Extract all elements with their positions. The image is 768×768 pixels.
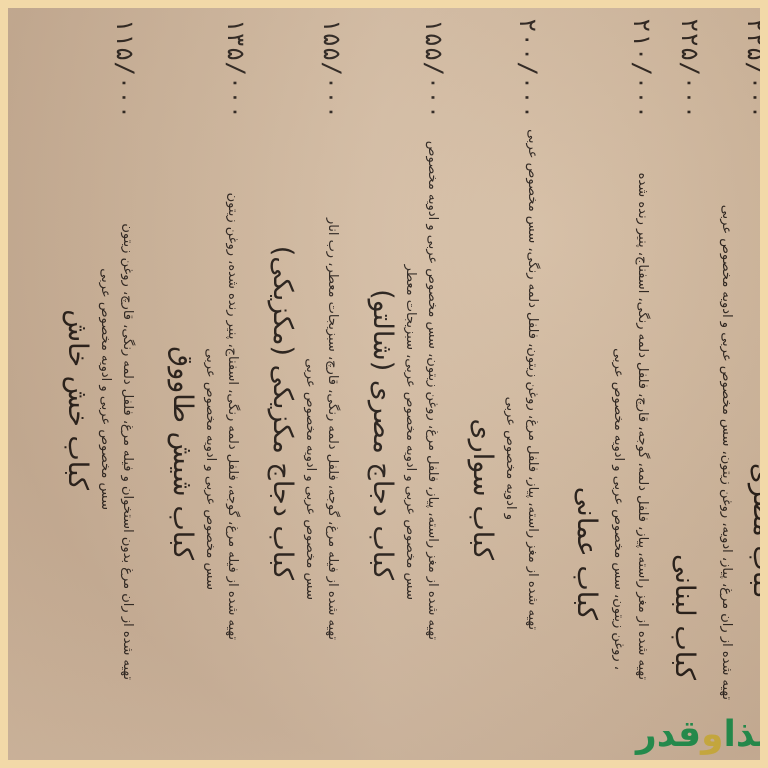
logo-part: و xyxy=(701,714,723,755)
menu-item: تهیه شده از ران مرغ بدون استخوان و فیله … xyxy=(25,8,135,760)
menu-item: تهیه شده از مغز راسته، پیاز، فلفل دلمه، … xyxy=(540,8,650,760)
item-description: تهیه شده از فیله مرغ، گوجه، فلفل دلمه رن… xyxy=(224,193,240,640)
item-title: کباب عمانی xyxy=(571,487,602,620)
menu-item: تهیه شده از مغز راسته، پیاز، فلفل مرغ، ر… xyxy=(430,8,540,760)
menu-item: تهیه شده از فیله مرغ، گوجه، فلفل دلمه رن… xyxy=(230,8,340,760)
item-description: تهیه شده از ران مرغ، پیاز، ادویه، روغن ز… xyxy=(718,205,734,700)
menu-item: تهیه شده از ران مرغ، پیاز، ادویه، روغن ز… xyxy=(648,8,738,760)
logo-part: قدر xyxy=(636,714,701,755)
item-title: کباب خش خاش xyxy=(62,309,93,490)
item-price: ۱۳۵/۰۰۰ xyxy=(222,18,250,119)
item-description: تهیه شده از فیله مرغ، گوجه، فلفل دلمه رن… xyxy=(324,218,340,640)
item-title: کباب دجاج مصری (شالتو) xyxy=(367,289,398,580)
item-title: کباب دجاج مکزیکی (مکزیکی) xyxy=(267,246,298,580)
item-description: تهیه شده از مغز راسته، پیاز، فلفل مرغ، ر… xyxy=(524,129,540,630)
item-title: کباب شیش طاووق xyxy=(167,346,198,560)
brand-logo: غذاوقدر xyxy=(636,714,760,755)
item-price: ۱۵۵/۰۰۰ xyxy=(318,18,346,119)
item-price: ۲۲۵/۰۰۰ xyxy=(742,18,760,119)
menu-page: کباب مصری ۲۲۵/۰۰۰ تهیه شده از ران مرغ، پ… xyxy=(8,8,760,760)
logo-part: غذا xyxy=(723,714,760,755)
item-price: ۱۵۵/۰۰۰ xyxy=(420,18,448,119)
item-description: تهیه شده از مغز راسته، پیاز، فلفل دلمه، … xyxy=(634,173,650,680)
item-price: ۲۱۰/۰۰۰ xyxy=(628,18,656,119)
item-price: ۱۱۵/۰۰۰ xyxy=(111,18,139,119)
menu-photo: کباب مصری ۲۲۵/۰۰۰ تهیه شده از ران مرغ، پ… xyxy=(8,8,760,760)
item-description: سس مخصوص عربی و ادویه مخصوص عربی xyxy=(202,348,218,590)
item-title: کباب مصری xyxy=(747,463,760,600)
item-price: ۲۲۵/۰۰۰ xyxy=(676,18,704,119)
item-title: کباب لبنانی xyxy=(669,554,700,680)
item-description: سس مخصوص عربی و ادویه مخصوص عربی xyxy=(302,358,318,600)
menu-item: تهیه شده از مغز راسته، پیاز، فلفل مرغ، ر… xyxy=(330,8,440,760)
item-title: کباب سواری xyxy=(467,419,498,560)
item-description: تهیه شده از مغز راسته، پیاز، فلفل مرغ، ر… xyxy=(424,141,440,640)
menu-item: تهیه شده از فیله مرغ، گوجه، فلفل دلمه رن… xyxy=(130,8,240,760)
item-description: سس مخصوص عربی و ادویه مخصوص عربی xyxy=(97,268,113,510)
item-description: ، روغن زیتون، سس مخصوص عربی و ادویه مخصو… xyxy=(610,348,626,670)
item-price: ۲۰۰/۰۰۰ xyxy=(514,18,542,119)
item-description: سس مخصوص عربی و ادویه مخصوص عربی، سبزیجا… xyxy=(402,265,418,600)
item-description: تهیه شده از ران مرغ بدون استخوان و فیله … xyxy=(119,223,135,680)
item-description: و ادویه مخصوص عربی xyxy=(502,397,518,520)
